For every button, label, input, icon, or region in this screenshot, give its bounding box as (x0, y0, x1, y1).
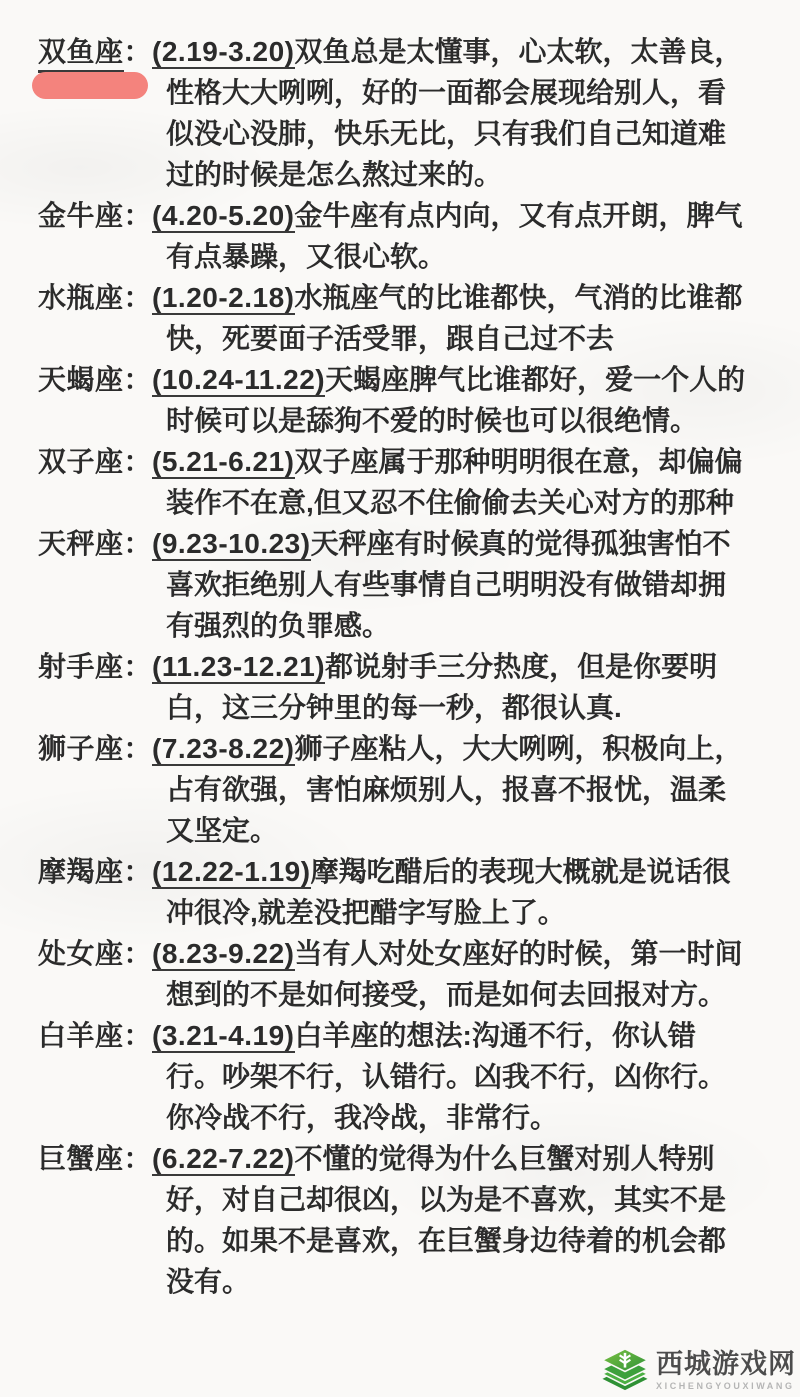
date-range: (11.23-12.21) (152, 651, 325, 684)
zodiac-name: 摩羯座 (38, 856, 124, 887)
zodiac-name-label: 双子座： (38, 441, 152, 482)
zodiac-text: (9.23-10.23)天秤座有时候真的觉得孤独害怕不喜欢拒绝别人有些事情自己明… (152, 523, 748, 646)
date-range: (12.22-1.19) (152, 856, 311, 889)
zodiac-name: 处女座 (38, 938, 124, 969)
date-range: (2.19-3.20) (152, 36, 294, 69)
zodiac-text: (7.23-8.22)狮子座粘人，大大咧咧，积极向上，占有欲强，害怕麻烦别人，报… (152, 728, 748, 851)
label-colon: ： (124, 1020, 153, 1051)
zodiac-name-label: 天蝎座： (38, 359, 152, 400)
zodiac-name-label: 金牛座： (38, 195, 152, 236)
zodiac-name-label: 狮子座： (38, 728, 152, 769)
date-range: (3.21-4.19) (152, 1020, 294, 1053)
layered-diamond-wheat-logo-icon (600, 1347, 650, 1394)
zodiac-text: (3.21-4.19)白羊座的想法:沟通不行，你认错行。吵架不行，认错行。凶我不… (152, 1015, 748, 1138)
zodiac-text: (4.20-5.20)金牛座有点内向，又有点开朗，脾气有点暴躁，又很心软。 (152, 195, 748, 277)
zodiac-name: 天蝎座 (38, 364, 124, 395)
zodiac-text: (6.22-7.22)不懂的觉得为什么巨蟹对别人特别好，对自己却很凶，以为是不喜… (152, 1138, 748, 1302)
zodiac-text: (8.23-9.22)当有人对处女座好的时候，第一时间想到的不是如何接受，而是如… (152, 933, 748, 1015)
zodiac-name: 水瓶座 (38, 282, 124, 313)
date-range: (5.21-6.21) (152, 446, 294, 479)
site-pinyin: XICHENGYOUXIWANG (656, 1381, 795, 1391)
label-colon: ： (124, 733, 153, 764)
label-colon: ： (124, 36, 153, 67)
zodiac-entry-gemini: 双子座： (5.21-6.21)双子座属于那种明明很在意，却偏偏装作不在意,但又… (38, 441, 748, 523)
date-range: (7.23-8.22) (152, 733, 294, 766)
date-range: (6.22-7.22) (152, 1143, 294, 1176)
label-colon: ： (124, 282, 153, 313)
date-range: (10.24-11.22) (152, 364, 325, 397)
site-name: 西城游戏网 (656, 1350, 796, 1378)
zodiac-name: 金牛座 (38, 200, 124, 231)
zodiac-name: 巨蟹座 (38, 1143, 124, 1174)
zodiac-entry-virgo: 处女座： (8.23-9.22)当有人对处女座好的时候，第一时间想到的不是如何接… (38, 933, 748, 1015)
label-colon: ： (124, 938, 153, 969)
zodiac-name: 双子座 (38, 446, 124, 477)
date-range: (1.20-2.18) (152, 282, 294, 315)
red-highlight-marker (32, 72, 148, 99)
date-range: (4.20-5.20) (152, 200, 294, 233)
watermark: 西城游戏网 XICHENGYOUXIWANG (600, 1347, 796, 1394)
zodiac-text: (12.22-1.19)摩羯吃醋后的表现大概就是说话很冲很冷,就差没把醋字写脸上… (152, 851, 748, 933)
zodiac-entry-pisces: 双鱼座： (2.19-3.20)双鱼总是太懂事，心太软，太善良，性格大大咧咧，好… (38, 31, 748, 195)
zodiac-entry-taurus: 金牛座： (4.20-5.20)金牛座有点内向，又有点开朗，脾气有点暴躁，又很心… (38, 195, 748, 277)
zodiac-name-label: 白羊座： (38, 1015, 152, 1056)
zodiac-name-label: 水瓶座： (38, 277, 152, 318)
zodiac-entry-leo: 狮子座： (7.23-8.22)狮子座粘人，大大咧咧，积极向上，占有欲强，害怕麻… (38, 728, 748, 851)
date-range: (8.23-9.22) (152, 938, 294, 971)
zodiac-name-label: 天秤座： (38, 523, 152, 564)
zodiac-text: (10.24-11.22)天蝎座脾气比谁都好，爱一个人的时候可以是舔狗不爱的时候… (152, 359, 748, 441)
zodiac-name: 射手座 (38, 651, 124, 682)
zodiac-entry-cancer: 巨蟹座： (6.22-7.22)不懂的觉得为什么巨蟹对别人特别好，对自己却很凶，… (38, 1138, 748, 1302)
date-range: (9.23-10.23) (152, 528, 311, 561)
label-colon: ： (124, 528, 153, 559)
label-colon: ： (124, 446, 153, 477)
label-colon: ： (124, 1143, 153, 1174)
zodiac-name: 天秤座 (38, 528, 124, 559)
zodiac-entry-capricorn: 摩羯座： (12.22-1.19)摩羯吃醋后的表现大概就是说话很冲很冷,就差没把… (38, 851, 748, 933)
zodiac-text: (2.19-3.20)双鱼总是太懂事，心太软，太善良，性格大大咧咧，好的一面都会… (152, 31, 748, 195)
zodiac-entry-aquarius: 水瓶座： (1.20-2.18)水瓶座气的比谁都快，气消的比谁都快，死要面子活受… (38, 277, 748, 359)
label-colon: ： (124, 200, 153, 231)
zodiac-text: (1.20-2.18)水瓶座气的比谁都快，气消的比谁都快，死要面子活受罪，跟自己… (152, 277, 748, 359)
zodiac-text: (5.21-6.21)双子座属于那种明明很在意，却偏偏装作不在意,但又忍不住偷偷… (152, 441, 748, 523)
zodiac-name: 白羊座 (38, 1020, 124, 1051)
zodiac-name-label: 摩羯座： (38, 851, 152, 892)
zodiac-entry-scorpio: 天蝎座： (10.24-11.22)天蝎座脾气比谁都好，爱一个人的时候可以是舔狗… (38, 359, 748, 441)
zodiac-name-label: 射手座： (38, 646, 152, 687)
label-colon: ： (124, 364, 153, 395)
zodiac-entries: 双鱼座： (2.19-3.20)双鱼总是太懂事，心太软，太善良，性格大大咧咧，好… (0, 0, 800, 1302)
zodiac-entry-aries: 白羊座： (3.21-4.19)白羊座的想法:沟通不行，你认错行。吵架不行，认错… (38, 1015, 748, 1138)
zodiac-name: 双鱼座 (38, 35, 124, 73)
zodiac-name: 狮子座 (38, 733, 124, 764)
label-colon: ： (124, 651, 153, 682)
zodiac-list-page: 双鱼座： (2.19-3.20)双鱼总是太懂事，心太软，太善良，性格大大咧咧，好… (0, 0, 800, 1397)
zodiac-text: (11.23-12.21)都说射手三分热度，但是你要明白，这三分钟里的每一秒，都… (152, 646, 748, 728)
zodiac-name-label: 处女座： (38, 933, 152, 974)
label-colon: ： (124, 856, 153, 887)
zodiac-name-label: 双鱼座： (38, 31, 152, 73)
zodiac-entry-sagittarius: 射手座： (11.23-12.21)都说射手三分热度，但是你要明白，这三分钟里的… (38, 646, 748, 728)
watermark-text: 西城游戏网 XICHENGYOUXIWANG (656, 1350, 796, 1391)
zodiac-name-label: 巨蟹座： (38, 1138, 152, 1179)
zodiac-entry-libra: 天秤座： (9.23-10.23)天秤座有时候真的觉得孤独害怕不喜欢拒绝别人有些… (38, 523, 748, 646)
